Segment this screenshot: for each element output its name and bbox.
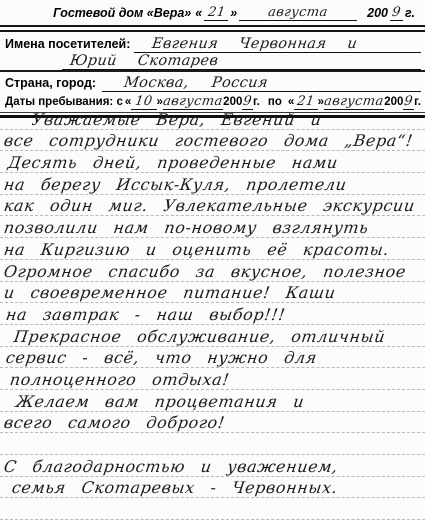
message-line: сервис - всё, что нужно для	[0, 347, 425, 369]
message-text: Огромное спасибо за вкусное, полезное	[3, 262, 408, 281]
guestbook-scan-page: Гостевой дом «Вера» « 21 » августа 200 9…	[0, 0, 425, 520]
message-text: Желаем вам процветания и	[15, 392, 306, 411]
message-line: всего самого доброго!	[0, 412, 425, 434]
signature-line: семья Скотаревых - Червонных.	[0, 477, 425, 499]
message-text: как один миг. Увлекательные экскурсии	[3, 196, 417, 215]
date-quote-close: »	[228, 6, 239, 21]
message-line: Прекрасное обслуживание, отличный	[0, 325, 425, 347]
message-text: на Киргизию и оценить её красоты.	[3, 240, 391, 259]
visit-date-year-field: 9	[390, 5, 403, 21]
form-header: Гостевой дом «Вера» « 21 » августа 200 9…	[0, 0, 425, 22]
message-area: Уважаемые Вера, Евгений и все сотрудники…	[0, 108, 425, 520]
message-text: Десять дней, проведенные нами	[7, 153, 340, 172]
names-field-line2: Юрий Скотарев	[62, 53, 421, 70]
names-row: Имена посетителей: Евгения Червонная и	[0, 32, 425, 53]
message-line: как один миг. Увлекательные экскурсии	[0, 195, 425, 217]
message-text: и своевременное питание! Каши	[3, 283, 337, 302]
signature-text: семья Скотаревых - Червонных.	[11, 478, 339, 497]
message-text: все сотрудники гостевого дома „Вера“!	[3, 131, 415, 150]
year-printed: 200	[357, 6, 390, 21]
message-line: на берегу Иссык-Куля, пролетели	[0, 173, 425, 195]
message-line: Уважаемые Вера, Евгений и	[0, 108, 425, 130]
signature-text: С благодарностью и уважением,	[3, 457, 340, 476]
message-line: Желаем вам процветания и	[0, 390, 425, 412]
message-line: Десять дней, проведенные нами	[0, 151, 425, 173]
message-line: на Киргизию и оценить её красоты.	[0, 238, 425, 260]
names-field-line1: Евгения Червонная и	[134, 36, 421, 53]
visit-date-day-field: 21	[204, 5, 228, 21]
location-row: Страна, город: Москва, Россия	[0, 72, 425, 92]
form-title: Гостевой дом «Вера»	[51, 6, 193, 21]
message-text: на берегу Иссык-Куля, пролетели	[3, 175, 348, 194]
divider-double-top	[0, 25, 425, 32]
message-line: и своевременное питание! Каши	[0, 282, 425, 304]
ruled-blank-line	[0, 433, 425, 455]
message-line: позволили нам по-новому взглянуть	[0, 216, 425, 238]
year-suffix: г.	[403, 6, 417, 21]
message-text: полноценного отдыха!	[9, 370, 231, 389]
message-text: сервис - всё, что нужно для	[5, 348, 319, 367]
message-line: Огромное спасибо за вкусное, полезное	[0, 260, 425, 282]
location-field: Москва, Россия	[102, 75, 421, 92]
visit-date-month-field: августа	[239, 5, 357, 21]
names-label: Имена посетителей:	[5, 37, 130, 53]
date-quote-open: «	[193, 6, 204, 21]
message-line: на завтрак - наш выбор!!!	[0, 303, 425, 325]
message-line: полноценного отдыха!	[0, 368, 425, 390]
location-label: Страна, город:	[5, 76, 96, 92]
signature-line: С благодарностью и уважением,	[0, 455, 425, 477]
names-row-2: Юрий Скотарев	[0, 53, 425, 70]
message-text: на завтрак - наш выбор!!!	[5, 305, 287, 324]
message-text: всего самого доброго!	[3, 413, 227, 432]
message-text: Прекрасное обслуживание, отличный	[13, 327, 387, 346]
message-text: позволили нам по-новому взглянуть	[3, 218, 370, 237]
ruled-blank-line	[0, 498, 425, 520]
message-text: Уважаемые Вера, Евгений и	[31, 110, 323, 129]
message-line: все сотрудники гостевого дома „Вера“!	[0, 130, 425, 152]
